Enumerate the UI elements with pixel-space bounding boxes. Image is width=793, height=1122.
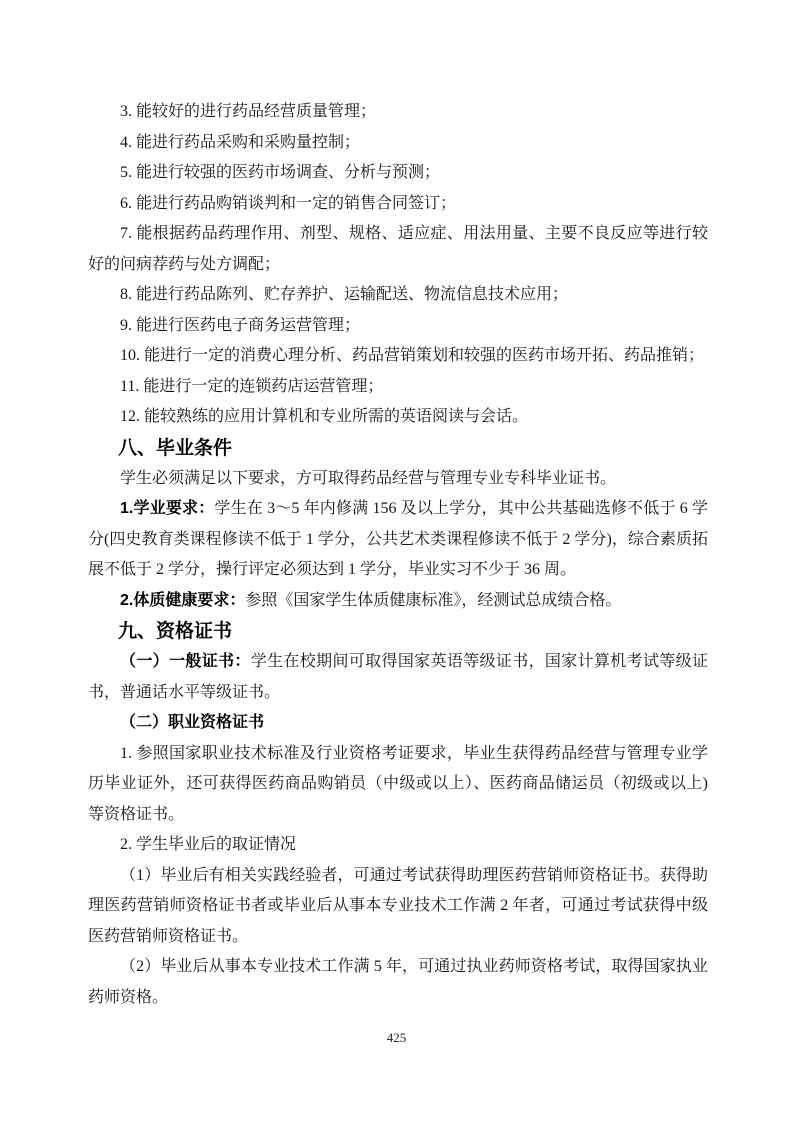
health-requirement-label: 2.体质健康要求： [120, 592, 245, 609]
vocational-certificates-item-1: 1. 参照国家职业技术标准及行业资格考证要求，毕业生获得药品经营与管理专业学历毕… [88, 739, 708, 831]
graduation-intro-paragraph: 学生必须满足以下要求，方可取得药品经营与管理专业专科毕业证书。 [88, 464, 708, 495]
list-item-12: 12. 能较熟练的应用计算机和专业所需的英语阅读与会话。 [88, 402, 708, 433]
general-certificates-label: （一）一般证书： [120, 653, 251, 670]
list-item-6: 6. 能进行药品购销谈判和一定的销售合同签订； [88, 189, 708, 220]
health-requirement-text: 参照《国家学生体质健康标准》，经测试总成绩合格。 [245, 592, 621, 609]
list-item-5: 5. 能进行较强的医药市场调查、分析与预测； [88, 158, 708, 189]
section-heading-graduation-conditions: 八、毕业条件 [88, 433, 708, 464]
academic-requirement-paragraph: 1.学业要求：学生在 3～5 年内修满 156 及以上学分，其中公共基础选修不低… [88, 494, 708, 586]
general-certificates-paragraph: （一）一般证书：学生在校期间可取得国家英语等级证书，国家计算机考试等级证书，普通… [88, 647, 708, 708]
list-item-11: 11. 能进行一定的连锁药店运营管理； [88, 372, 708, 403]
post-graduation-cert-case-2: （2）毕业后从事本专业技术工作满 5 年，可通过执业药师资格考试，取得国家执业药… [88, 952, 708, 1013]
list-item-4: 4. 能进行药品采购和采购量控制； [88, 128, 708, 159]
academic-requirement-label: 1.学业要求： [120, 500, 214, 517]
list-item-10: 10. 能进行一定的消费心理分析、药品营销策划和较强的医药市场开拓、药品推销； [88, 341, 708, 372]
page-content: 3. 能较好的进行药品经营质量管理； 4. 能进行药品采购和采购量控制； 5. … [88, 97, 708, 1013]
list-item-3: 3. 能较好的进行药品经营质量管理； [88, 97, 708, 128]
document-page: 3. 能较好的进行药品经营质量管理； 4. 能进行药品采购和采购量控制； 5. … [0, 0, 793, 1122]
page-number: 425 [0, 1030, 793, 1046]
list-item-8: 8. 能进行药品陈列、贮存养护、运输配送、物流信息技术应用； [88, 280, 708, 311]
vocational-certificates-item-2: 2. 学生毕业后的取证情况 [88, 830, 708, 861]
section-heading-qualification-certificates: 九、资格证书 [88, 616, 708, 647]
post-graduation-cert-case-1: （1）毕业后有相关实践经验者，可通过考试获得助理医药营销师资格证书。获得助理医药… [88, 861, 708, 953]
list-item-7: 7. 能根据药品药理作用、剂型、规格、适应症、用法用量、主要不良反应等进行较好的… [88, 219, 708, 280]
vocational-certificates-subheading: （二）职业资格证书 [88, 708, 708, 739]
list-item-9: 9. 能进行医药电子商务运营管理； [88, 311, 708, 342]
health-requirement-paragraph: 2.体质健康要求：参照《国家学生体质健康标准》，经测试总成绩合格。 [88, 586, 708, 617]
